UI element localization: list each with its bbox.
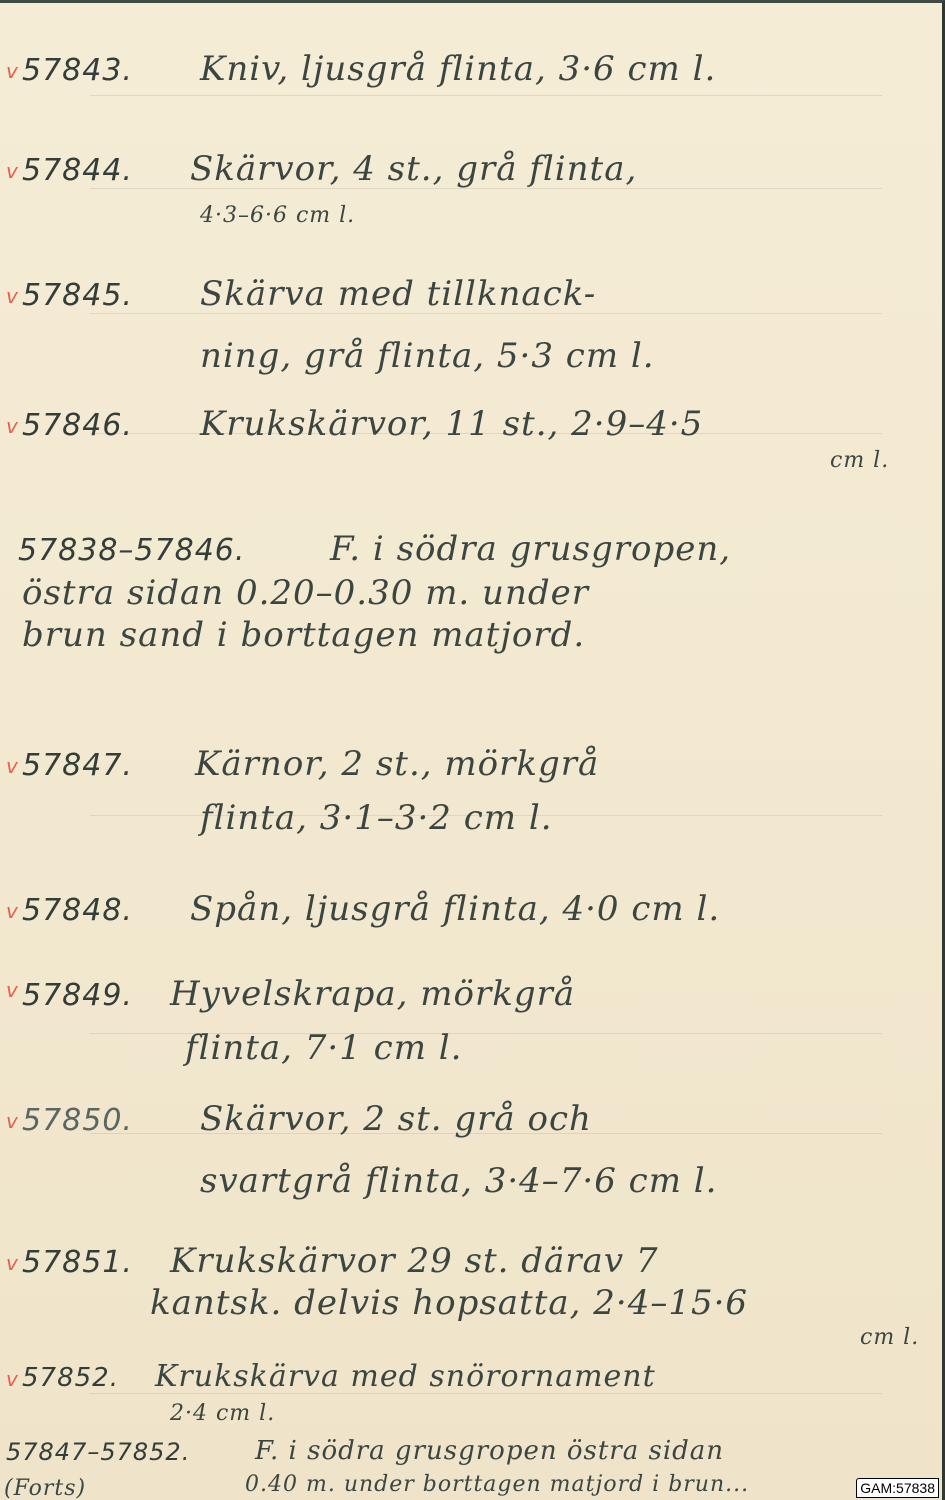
check-mark-icon: v — [6, 754, 18, 778]
archive-id-label: GAM:57838 — [856, 1478, 939, 1498]
entry-text: Krukskärva med snörornament — [155, 1359, 656, 1394]
entry-text: F. i södra grusgropen, — [330, 529, 731, 569]
entry-text: östra sidan 0.20–0.30 m. under — [22, 573, 589, 613]
entry-text: cm l. — [860, 1325, 919, 1350]
check-mark-icon: v — [6, 59, 18, 83]
entry-text: Skärva med tillknack- — [200, 274, 596, 314]
entry-text: 2·4 cm l. — [170, 1401, 275, 1426]
entry-number: 57846. — [22, 408, 133, 443]
entry-text: ning, grå flinta, 5·3 cm l. — [200, 336, 655, 376]
entry-text: Krukskärvor 29 st. därav 7 — [170, 1241, 658, 1281]
entry-number: 57848. — [22, 893, 133, 928]
check-mark-icon: v — [6, 978, 18, 1002]
entry-number: 57847. — [22, 748, 133, 783]
entry-text: brun sand i borttagen matjord. — [22, 615, 585, 655]
entry-number: 57849. — [22, 978, 133, 1013]
check-mark-icon: v — [6, 1251, 18, 1275]
check-mark-icon: v — [6, 1367, 18, 1391]
entry-number: 57851. — [22, 1245, 133, 1280]
entry-number: 57850. — [22, 1103, 133, 1138]
entry-text: 4·3–6·6 cm l. — [200, 203, 355, 228]
entry-text: Krukskärvor, 11 st., 2·9–4·5 — [200, 404, 703, 444]
check-mark-icon: v — [6, 414, 18, 438]
ruled-line — [90, 95, 882, 96]
entry-text: flinta, 3·1–3·2 cm l. — [200, 798, 553, 838]
entry-number: 57852. — [22, 1363, 119, 1393]
entry-text: Skärvor, 4 st., grå flinta, — [190, 149, 637, 189]
entry-number: 57843. — [22, 53, 133, 88]
entry-range: 57847–57852. — [6, 1438, 190, 1466]
continued-note: (Forts) — [4, 1476, 86, 1500]
entry-text: kantsk. delvis hopsatta, 2·4–15·6 — [150, 1283, 748, 1323]
entry-number: 57844. — [22, 153, 133, 188]
entry-text: F. i södra grusgropen östra sidan — [255, 1436, 724, 1466]
entry-number: 57845. — [22, 278, 133, 313]
entry-text: Hyvelskrapa, mörkgrå — [170, 974, 575, 1014]
entry-text: 0.40 m. under borttagen matjord i brun..… — [245, 1472, 749, 1497]
check-mark-icon: v — [6, 159, 18, 183]
entry-text: Kniv, ljusgrå flinta, 3·6 cm l. — [200, 49, 716, 89]
check-mark-icon: v — [6, 899, 18, 923]
entry-text: Skärvor, 2 st. grå och — [200, 1099, 592, 1139]
entry-text: cm l. — [830, 448, 889, 473]
catalog-card: v 57843. Kniv, ljusgrå flinta, 3·6 cm l.… — [0, 0, 945, 1500]
entry-text: flinta, 7·1 cm l. — [185, 1028, 462, 1068]
entry-text: Kärnor, 2 st., mörkgrå — [195, 744, 599, 784]
check-mark-icon: v — [6, 1109, 18, 1133]
entry-range: 57838–57846. — [18, 533, 245, 568]
check-mark-icon: v — [6, 284, 18, 308]
entry-text: svartgrå flinta, 3·4–7·6 cm l. — [200, 1161, 717, 1201]
entry-text: Spån, ljusgrå flinta, 4·0 cm l. — [190, 889, 720, 929]
